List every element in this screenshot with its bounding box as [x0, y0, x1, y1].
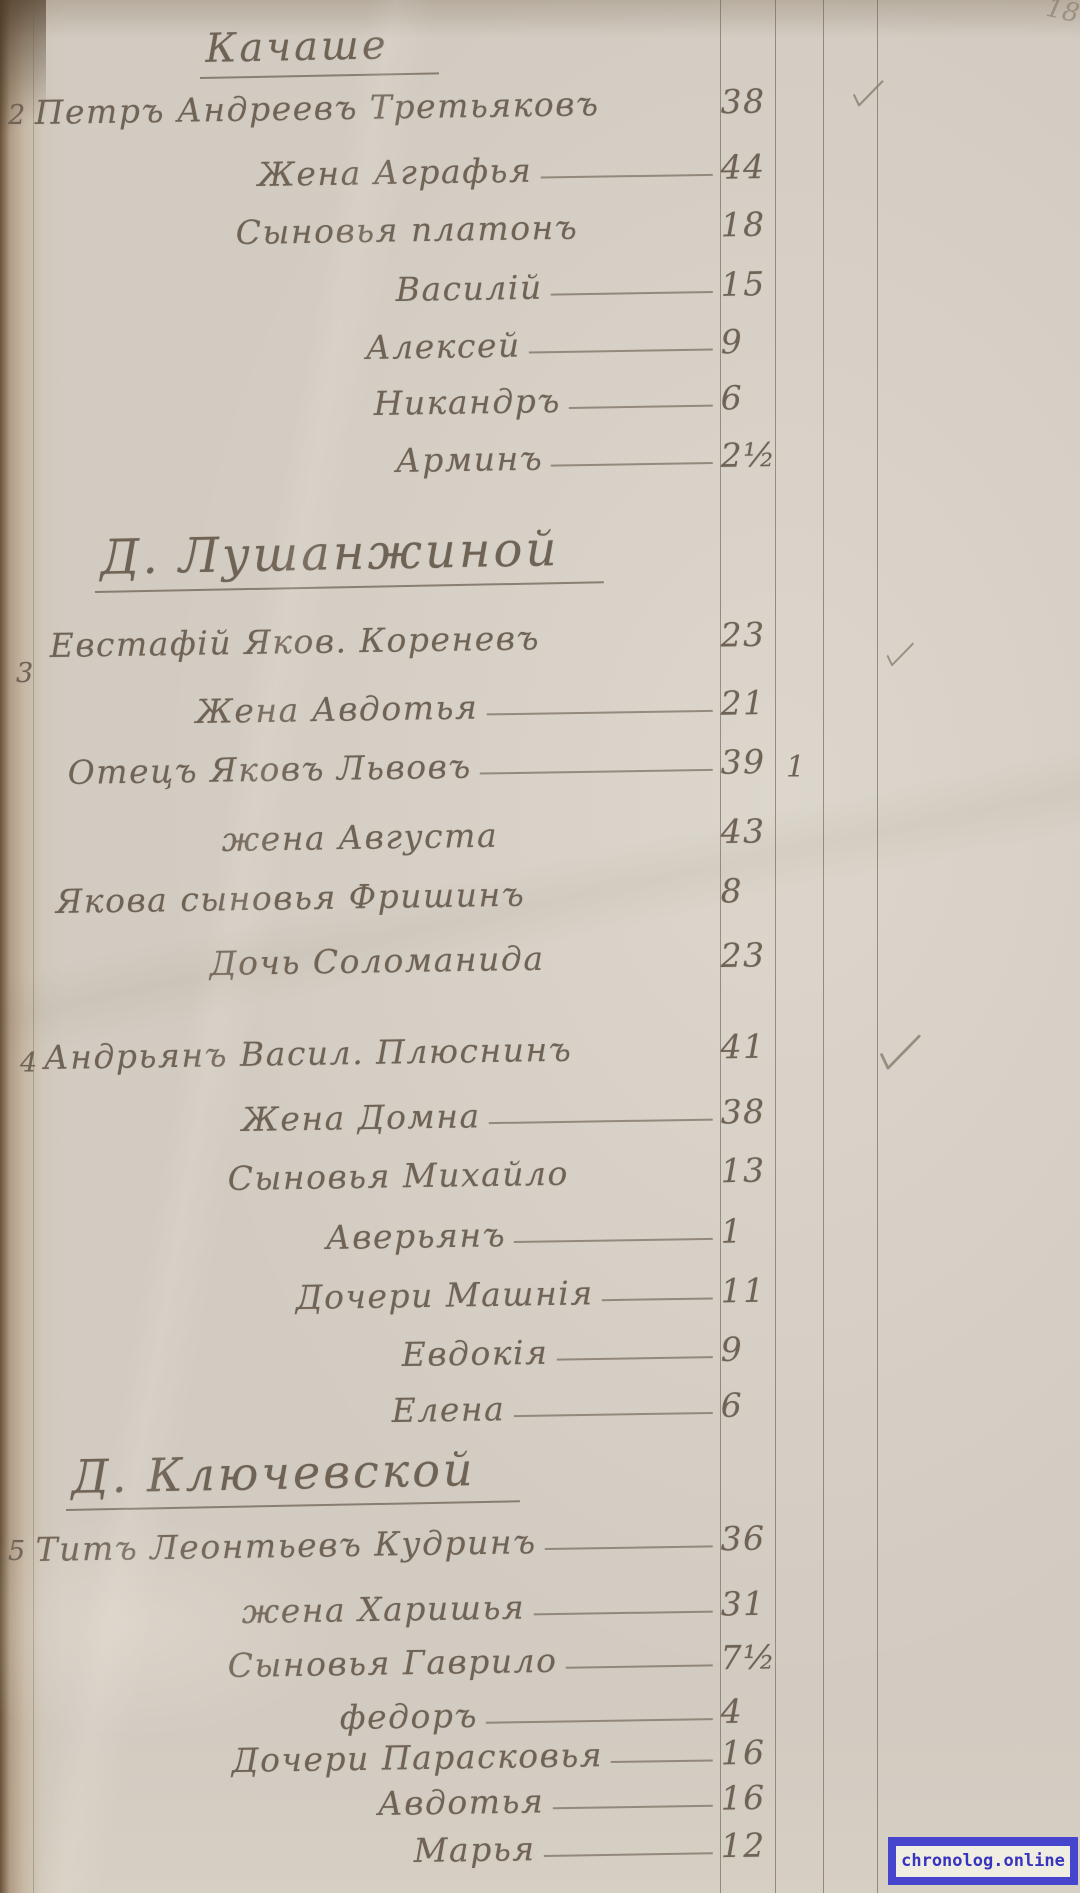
person-name: федоръ	[339, 1696, 478, 1737]
connector-line	[552, 1805, 712, 1810]
census-row: жена Харишья31	[241, 1584, 775, 1631]
census-row: Дочери Парасковья16	[231, 1732, 775, 1780]
connector-line	[545, 1545, 713, 1550]
person-name: жена Харишья	[241, 1588, 525, 1631]
census-row: Андрьянъ Васил. Плюснинъ41	[43, 1027, 775, 1077]
connector-line	[565, 1664, 712, 1668]
age-value: 13	[720, 1150, 775, 1190]
watermark-badge: chronolog.online	[888, 1837, 1078, 1885]
person-name: Петръ Андреевъ Третьяковъ	[34, 84, 599, 132]
age-value: 41	[720, 1027, 775, 1067]
census-row: Елена6	[391, 1385, 775, 1430]
age-value: 39	[720, 742, 775, 782]
age-value: 15	[720, 264, 775, 304]
binding-edge	[0, 0, 46, 170]
connector-line	[577, 1179, 713, 1181]
age-value: 18	[720, 205, 775, 245]
connector-line	[533, 900, 712, 903]
section-header: Д. Ключевской	[65, 1441, 520, 1511]
age-value: 31	[720, 1584, 775, 1624]
census-row: Жена Авдотья21	[195, 683, 775, 731]
census-row: Евстафій Яков. Кореневъ23	[49, 615, 775, 665]
age-value: 23	[720, 935, 775, 975]
connector-line	[551, 462, 713, 467]
household-number: 2	[8, 100, 25, 131]
person-name: Андрьянъ Васил. Плюснинъ	[43, 1030, 572, 1077]
person-name: Дочери Парасковья	[231, 1735, 603, 1780]
connector-line	[611, 1759, 713, 1763]
census-row: Марья12	[413, 1825, 775, 1870]
age-value: 36	[720, 1518, 775, 1558]
person-name: Сыновья Михайло	[227, 1154, 569, 1198]
person-name: Жена Авдотья	[195, 688, 478, 731]
connector-line	[556, 1356, 712, 1360]
age-value: 7½	[720, 1637, 775, 1677]
age-value: 38	[720, 1092, 775, 1132]
connector-line	[514, 1238, 713, 1243]
connector-line	[569, 405, 713, 409]
person-name: Дочь Соломанида	[209, 939, 544, 983]
census-row: Алексей9	[365, 322, 775, 367]
connector-line	[540, 174, 712, 179]
person-name: Арминъ	[395, 439, 543, 480]
connector-line	[586, 234, 712, 236]
census-row: Сыновья Гаврило7½	[227, 1637, 775, 1685]
connector-line	[551, 291, 713, 296]
census-row: Дочери Машнія11	[295, 1270, 775, 1317]
margin-rule	[33, 0, 34, 1893]
column-rule	[877, 0, 878, 1893]
person-name: Евдокія	[401, 1333, 548, 1374]
connector-line	[544, 1852, 713, 1857]
person-name: Никандръ	[373, 381, 561, 423]
census-row: Жена Домна38	[241, 1092, 775, 1139]
census-row: Никандръ6	[373, 378, 775, 423]
census-row: Титъ Леонтьевъ Кудринъ36	[35, 1518, 775, 1569]
age-value: 11	[720, 1270, 775, 1310]
connector-line	[529, 349, 713, 354]
age-value: 38	[720, 81, 775, 121]
person-name: Сыновья платонъ	[235, 208, 578, 252]
age-value: 9	[720, 1329, 775, 1369]
connector-line	[480, 769, 713, 775]
person-name: Жена Домна	[241, 1096, 481, 1139]
person-name: Марья	[413, 1829, 536, 1870]
page-number: 18	[1043, 0, 1080, 29]
checkmark-icon	[876, 1032, 924, 1074]
section-header: Д. Лушанжиной	[94, 520, 604, 593]
person-name: Отецъ Яковъ Львовъ	[67, 747, 472, 792]
column-rule	[823, 0, 824, 1893]
section-header: Качаше	[199, 21, 439, 79]
census-row: Дочь Соломанида23	[209, 935, 775, 983]
age-value: 1	[720, 1211, 775, 1251]
connector-line	[580, 1055, 712, 1057]
tally-mark: 1	[786, 750, 805, 785]
age-value: 6	[720, 1385, 775, 1425]
census-row: Евдокія9	[401, 1329, 775, 1374]
person-name: Евстафій Яков. Кореневъ	[49, 618, 540, 665]
household-number: 5	[8, 1536, 25, 1567]
checkmark-icon	[850, 78, 886, 110]
census-row: Василій15	[395, 264, 775, 309]
age-value: 16	[720, 1778, 775, 1818]
census-row: Сыновья Михайло13	[227, 1150, 775, 1198]
connector-line	[608, 110, 713, 112]
connector-line	[553, 964, 713, 967]
person-name: Дочери Машнія	[295, 1273, 594, 1317]
household-number: 4	[20, 1048, 37, 1079]
person-name: Жена Аграфья	[257, 151, 532, 194]
person-name: Елена	[391, 1389, 505, 1430]
census-row: Сыновья платонъ18	[235, 205, 775, 252]
person-name: Василій	[395, 268, 543, 309]
person-name: Титъ Леонтьевъ Кудринъ	[35, 1522, 536, 1569]
connector-line	[533, 1611, 712, 1616]
age-value: 12	[720, 1825, 775, 1865]
age-value: 44	[720, 147, 775, 187]
connector-line	[486, 710, 712, 716]
connector-line	[486, 1718, 713, 1724]
person-name: жена Августа	[221, 816, 498, 859]
connector-line	[513, 1412, 712, 1417]
census-row: федоръ4	[339, 1691, 775, 1737]
census-row: Арминъ2½	[395, 435, 775, 480]
age-value: 43	[720, 811, 775, 851]
checkmark-icon	[884, 640, 916, 670]
connector-line	[489, 1119, 713, 1125]
census-row: Авдотья16	[377, 1778, 775, 1823]
age-value: 9	[720, 322, 775, 362]
census-row: Отецъ Яковъ Львовъ39	[67, 742, 775, 792]
connector-line	[506, 840, 713, 843]
age-value: 6	[720, 378, 775, 418]
age-value: 21	[720, 683, 775, 723]
household-number: 3	[16, 658, 33, 689]
person-name: Алексей	[365, 326, 521, 367]
age-value: 2½	[720, 435, 775, 475]
watermark-label: chronolog.online	[896, 1846, 1070, 1877]
person-name: Аверьянъ	[325, 1215, 506, 1257]
person-name: Сыновья Гаврило	[227, 1641, 557, 1685]
census-row: жена Августа43	[221, 811, 775, 859]
person-name: Авдотья	[377, 1781, 544, 1823]
census-row: Аверьянъ1	[325, 1211, 775, 1257]
census-row: Петръ Андреевъ Третьяковъ38	[34, 81, 775, 132]
age-value: 8	[720, 871, 775, 911]
census-row: Якова сыновья Фришинъ8	[55, 871, 775, 921]
age-value: 16	[720, 1732, 775, 1772]
column-rule	[775, 0, 776, 1893]
age-value: 23	[720, 615, 775, 655]
census-row: Жена Аграфья44	[257, 147, 775, 194]
person-name: Якова сыновья Фришинъ	[55, 875, 525, 921]
connector-line	[548, 644, 713, 647]
ledger-page: 18 Качаше2Петръ Андреевъ Третьяковъ38Жен…	[0, 0, 1080, 1893]
age-value: 4	[720, 1691, 775, 1731]
connector-line	[602, 1297, 713, 1301]
